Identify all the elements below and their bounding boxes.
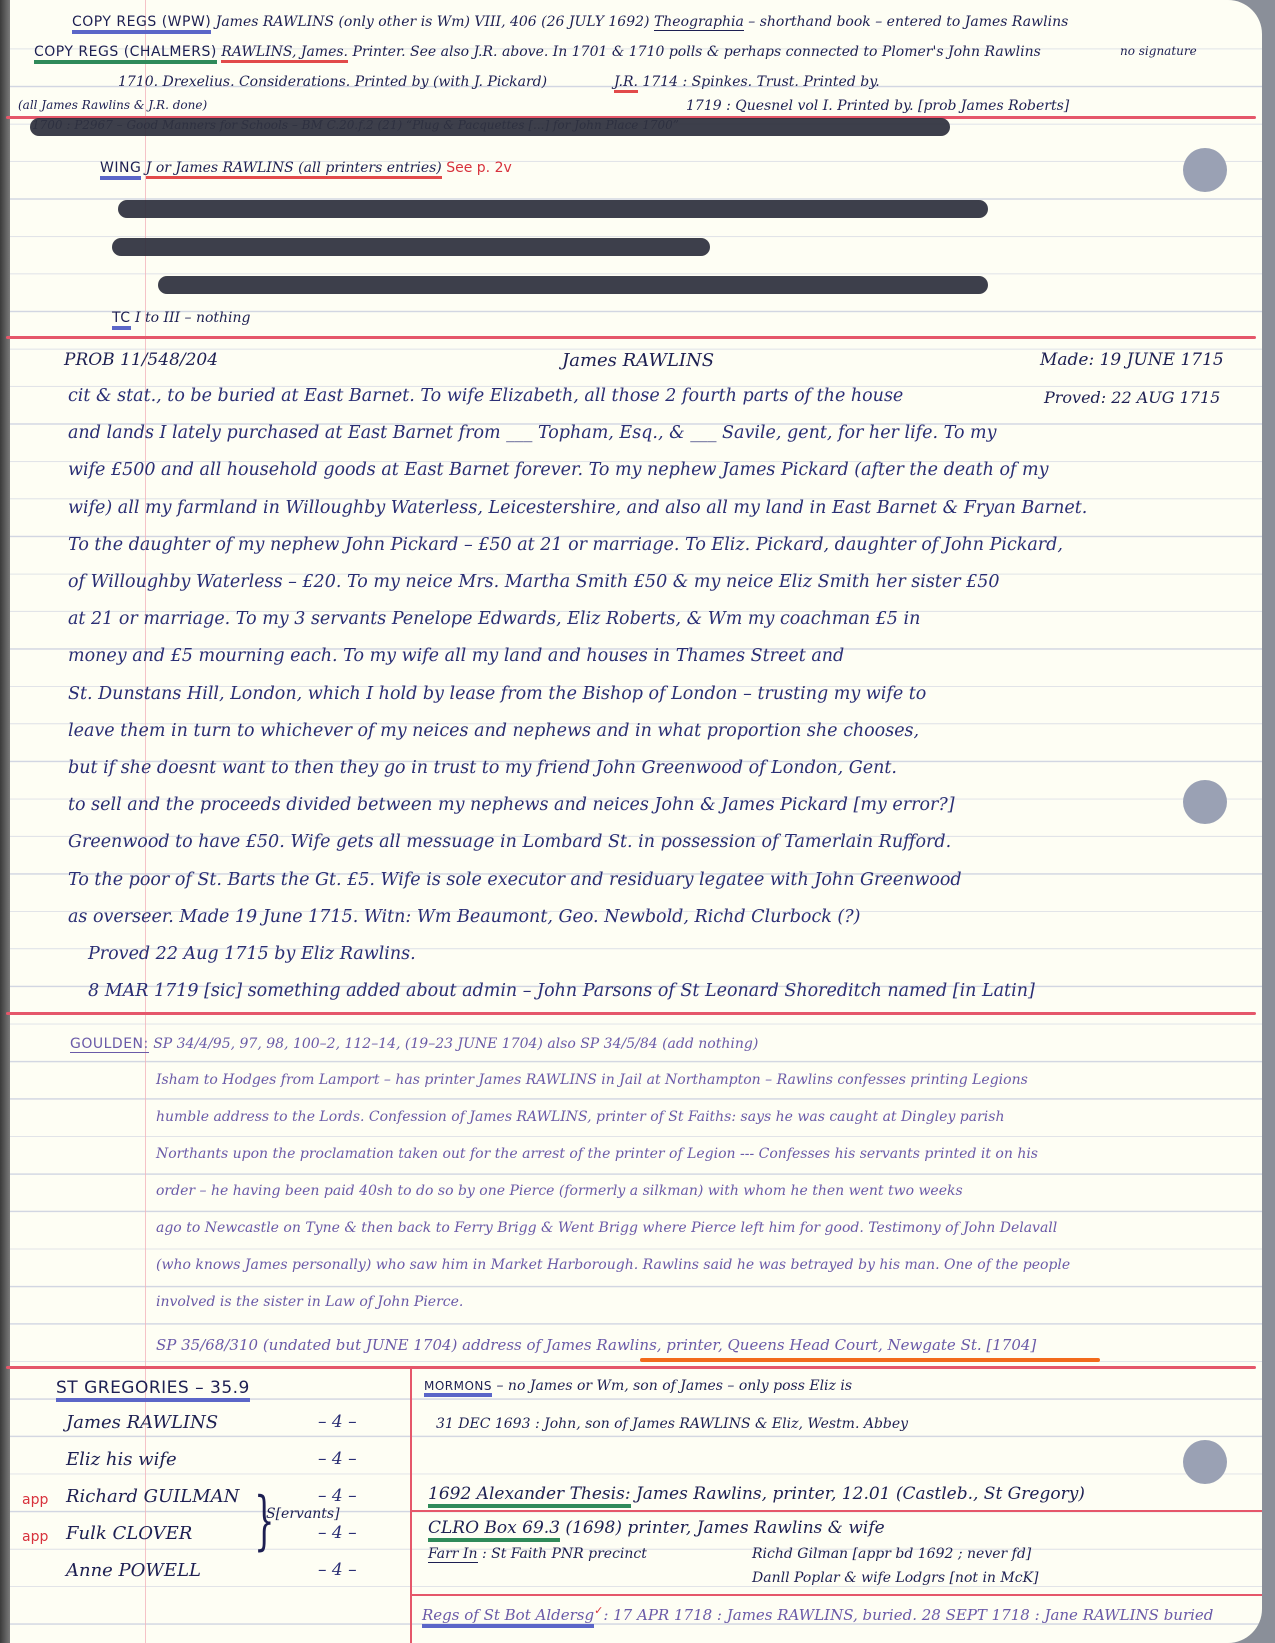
- box-divider: [410, 1594, 1262, 1596]
- redaction-mark: [30, 118, 950, 136]
- rawlins-james: RAWLINS, James.: [221, 44, 348, 63]
- box-border: [410, 1366, 412, 1643]
- copy-regs-chalmers-label: COPY REGS (CHALMERS): [34, 44, 217, 64]
- will-line: To the poor of St. Barts the Gt. £5. Wif…: [68, 870, 962, 890]
- goulden-line: humble address to the Lords. Confession …: [156, 1109, 1005, 1125]
- goulden-line: ago to Newcastle on Tyne & then back to …: [156, 1220, 1057, 1236]
- alexander-line: 1692 Alexander Thesis: James Rawlins, pr…: [428, 1484, 1085, 1504]
- spinkes-line: J.R. 1714 : Spinkes. Trust. Printed by.: [614, 74, 880, 90]
- quesnel-entry: 1719 : Quesnel vol I. Printed by. [prob …: [686, 98, 1069, 114]
- copy-regs-wpw-line: COPY REGS (WPW) James RAWLINS (only othe…: [72, 14, 1068, 30]
- tc-label: TC: [112, 310, 131, 330]
- will-line: but if she doesnt want to then they go i…: [68, 758, 897, 778]
- jr-label: J.R.: [614, 74, 638, 93]
- will-line: wife) all my farmland in Willoughby Wate…: [68, 498, 1087, 518]
- goulden-line: order – he having been paid 40sh to do s…: [156, 1183, 963, 1199]
- household-member-name: Fulk CLOVER: [66, 1523, 192, 1544]
- goulden-refs: SP 34/4/95, 97, 98, 100–2, 112–14, (19–2…: [153, 1036, 758, 1052]
- notebook-page: COPY REGS (WPW) James RAWLINS (only othe…: [0, 0, 1262, 1643]
- household-member-value: – 4 –: [318, 1412, 357, 1432]
- will-line: 8 MAR 1719 [sic] something added about a…: [88, 981, 1035, 1001]
- will-line: To the daughter of my nephew John Pickar…: [68, 535, 1063, 555]
- danll-poplar-entry: Danll Poplar & wife Lodgrs [not in McK]: [752, 1570, 1039, 1586]
- binding-edge: [0, 0, 10, 1643]
- redaction-mark: [158, 276, 988, 294]
- household-member-name: Richard GUILMAN: [66, 1486, 239, 1507]
- st-gregories-title: ST GREGORIES – 35.9: [56, 1378, 250, 1402]
- section-divider: [6, 1012, 1256, 1015]
- alexander-label: 1692 Alexander Thesis:: [428, 1484, 631, 1508]
- mormons-label: MORMONS: [424, 1379, 492, 1397]
- section-divider: [6, 1366, 1256, 1369]
- wing-text: J or James RAWLINS (all printers entries…: [146, 160, 442, 179]
- spinkes-entry: 1714 : Spinkes. Trust. Printed by.: [642, 74, 879, 90]
- punch-hole: [1183, 780, 1227, 824]
- copy-regs-wpw-text: James RAWLINS (only other is Wm) VIII, 4…: [216, 14, 650, 30]
- punch-hole: [1183, 1440, 1227, 1484]
- clro-line: CLRO Box 69.3 (1698) printer, James Rawl…: [428, 1518, 885, 1538]
- app-mark: app: [22, 1529, 48, 1545]
- will-line: to sell and the proceeds divided between…: [68, 795, 955, 815]
- wing-line: WING J or James RAWLINS (all printers en…: [100, 160, 512, 176]
- tc-line: TC I to III – nothing: [112, 310, 251, 326]
- will-line: cit & stat., to be buried at East Barnet…: [68, 386, 903, 406]
- will-line: Greenwood to have £50. Wife gets all mes…: [68, 832, 951, 852]
- clro-text: (1698) printer, James Rawlins & wife: [565, 1518, 884, 1538]
- st-gregories-title-wrap: ST GREGORIES – 35.9: [56, 1378, 250, 1398]
- goulden-label: GOULDEN:: [70, 1036, 149, 1053]
- will-line: and lands I lately purchased at East Bar…: [68, 423, 997, 443]
- copy-regs-chalmers-line: COPY REGS (CHALMERS) RAWLINS, James. Pri…: [34, 44, 1041, 60]
- richd-gilman-entry: Richd Gilman [appr bd 1692 ; never fd]: [752, 1546, 1031, 1562]
- goulden-line: GOULDEN: SP 34/4/95, 97, 98, 100–2, 112–…: [70, 1036, 758, 1052]
- will-line: St. Dunstans Hill, London, which I hold …: [68, 684, 926, 704]
- theographia-note: – shorthand book – entered to James Rawl…: [748, 14, 1068, 30]
- goulden-line: Northants upon the proclamation taken ou…: [156, 1146, 1038, 1162]
- household-member-name: James RAWLINS: [66, 1412, 218, 1433]
- will-line: at 21 or marriage. To my 3 servants Pene…: [68, 609, 920, 629]
- household-member-name: Eliz his wife: [66, 1449, 177, 1470]
- will-title: James RAWLINS: [562, 350, 714, 371]
- will-line: wife £500 and all household goods at Eas…: [68, 460, 1049, 480]
- mormons-line: MORMONS – no James or Wm, son of James –…: [424, 1378, 852, 1394]
- check-mark-icon: ✓: [594, 1604, 603, 1617]
- goulden-line: involved is the sister in Law of John Pi…: [156, 1294, 463, 1310]
- will-line: of Willoughby Waterless – £20. To my nei…: [68, 572, 1000, 592]
- copy-regs-wpw-label: COPY REGS (WPW): [72, 14, 211, 34]
- redaction-mark: [112, 238, 710, 256]
- mormons-entry: 31 DEC 1693 : John, son of James RAWLINS…: [436, 1416, 908, 1432]
- household-member-value: – 4 –: [318, 1523, 357, 1543]
- farr-text: : St Faith PNR precinct: [482, 1546, 647, 1562]
- see-page-reference: See p. 2v: [446, 160, 512, 176]
- sp35-line: SP 35/68/310 (undated but JUNE 1704) add…: [156, 1336, 1036, 1354]
- farr-line: Farr In : St Faith PNR precinct: [428, 1546, 647, 1562]
- will-line: leave them in turn to whichever of my ne…: [68, 721, 919, 741]
- regs-label: Regs of St Bot Aldersg: [422, 1606, 594, 1628]
- goulden-line: (who knows James personally) who saw him…: [156, 1257, 1070, 1273]
- all-done-note: (all James Rawlins & J.R. done): [18, 98, 207, 112]
- will-line: Proved 22 Aug 1715 by Eliz Rawlins.: [88, 944, 416, 964]
- sp35-entry: SP 35/68/310 (undated but JUNE 1704) add…: [156, 1336, 1036, 1354]
- orange-underline: [640, 1358, 1100, 1362]
- will-proved-date: Proved: 22 AUG 1715: [1044, 388, 1220, 407]
- theographia-title: Theographia: [654, 14, 744, 31]
- no-signature-note: no signature: [1120, 44, 1197, 58]
- section-divider: [6, 336, 1256, 339]
- regs-text: : 17 APR 1718 : James RAWLINS, buried. 2…: [603, 1606, 1213, 1624]
- clro-label: CLRO Box 69.3: [428, 1518, 560, 1542]
- wing-label: WING: [100, 160, 141, 180]
- household-member-value: – 4 –: [318, 1449, 357, 1469]
- alexander-text: James Rawlins, printer, 12.01 (Castleb.,…: [636, 1484, 1085, 1504]
- regs-line: Regs of St Bot Aldersg✓: 17 APR 1718 : J…: [422, 1604, 1213, 1624]
- servants-label: S[ervants]: [266, 1506, 340, 1522]
- punch-hole: [1183, 148, 1227, 192]
- will-line: money and £5 mourning each. To my wife a…: [68, 646, 844, 666]
- household-member-value: – 4 –: [318, 1560, 357, 1580]
- household-member-value: – 4 –: [318, 1486, 357, 1506]
- mormons-text: – no James or Wm, son of James – only po…: [496, 1378, 852, 1394]
- goulden-line: Isham to Hodges from Lamport – has print…: [156, 1072, 1028, 1088]
- drexelius-entry: 1710. Drexelius. Considerations. Printed…: [118, 74, 547, 90]
- box-divider: [410, 1510, 1262, 1512]
- will-made-date: Made: 19 JUNE 1715: [1040, 350, 1224, 370]
- tc-text: I to III – nothing: [135, 310, 251, 326]
- redaction-mark: [118, 200, 988, 218]
- farr-label: Farr In: [428, 1546, 478, 1563]
- household-member-name: Anne POWELL: [66, 1560, 201, 1581]
- will-line: as overseer. Made 19 June 1715. Witn: Wm…: [68, 907, 860, 927]
- chalmers-text: Printer. See also J.R. above. In 1701 & …: [352, 44, 1040, 60]
- app-mark: app: [22, 1492, 48, 1508]
- will-reference: PROB 11/548/204: [64, 350, 218, 370]
